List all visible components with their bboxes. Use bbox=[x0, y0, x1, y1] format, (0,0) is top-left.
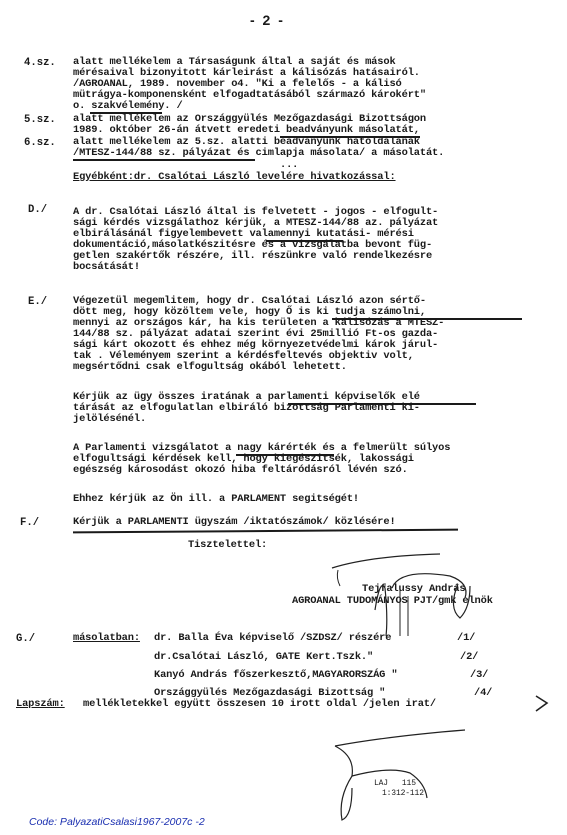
closing-greeting: Tisztelettel: bbox=[188, 540, 267, 551]
item-5-label: 5.sz. bbox=[24, 114, 56, 126]
copy-recipient-1-num: /1/ bbox=[457, 633, 475, 644]
copy-recipient-4-num: /4/ bbox=[474, 688, 492, 699]
item-6-line-2: /MTESZ-144/88 sz. pályázat és cimlapja m… bbox=[73, 148, 444, 159]
section-e-line-1: Végezetül megemlitem, hogy dr. Csalótai … bbox=[73, 296, 426, 307]
item-4-line-2: mérésaival bizonyitott kárleirást a káli… bbox=[73, 68, 420, 79]
copy-recipient-4: Országgyülés Mezőgazdasági Bizottság " bbox=[154, 688, 385, 699]
underline-mtesz-palyazat bbox=[73, 159, 255, 161]
signature bbox=[330, 548, 500, 638]
parlamenti-para-line-1: A Parlamenti vizsgálatot a nagy kárérték… bbox=[73, 443, 450, 454]
underline-section-f bbox=[73, 529, 458, 533]
item-5-line-2: 1989. október 26-án átvett eredeti beadv… bbox=[73, 125, 420, 136]
copies-label: G./ bbox=[16, 633, 35, 645]
item-4-line-5: o. szakvélemény. / bbox=[73, 101, 183, 112]
item-6-label: 6.sz. bbox=[24, 137, 56, 149]
section-d-label: D./ bbox=[28, 204, 47, 216]
section-d-line-4: dokumentáció,másolatkészitésre és a vizs… bbox=[73, 240, 432, 251]
item-4-line-4: mütrágya-komponensként elfogadtatásából … bbox=[73, 90, 426, 101]
stamp-line-2: 1:312-112 bbox=[382, 789, 424, 800]
footer-code: Code: PalyazatiCsalasi1967-2007c -2 bbox=[29, 816, 205, 828]
section-f-line: Kérjük a PARLAMENTI ügyszám /iktatószámo… bbox=[73, 517, 396, 528]
lapszam-text: mellékletekkel együtt összesen 10 irott … bbox=[83, 699, 436, 710]
item-4-line-3: /AGROANAL, 1989. november o4. "Ki a fele… bbox=[73, 79, 402, 90]
copy-recipient-3: Kanyó András főszerkesztő,MAGYARORSZÁG " bbox=[154, 670, 397, 681]
section-e-line-7: megsértődni csak elfogultság okából lehe… bbox=[73, 362, 347, 373]
copies-heading: másolatban: bbox=[73, 633, 140, 644]
kerjuk-para-line-3: jelölésénél. bbox=[73, 414, 146, 425]
underline-o-is-ki-tudja bbox=[332, 318, 522, 320]
stamp-line-1: LAJ 115 bbox=[374, 779, 416, 790]
section-d-line-1: A dr. Csalótai László által is felvetett… bbox=[73, 207, 438, 218]
section-e-line-4: 144/88 sz. pályázat adatai szerint évi 2… bbox=[73, 329, 438, 340]
section-e-line-2: dött meg, hogy közöltem vele, hogy Ő is … bbox=[73, 307, 426, 318]
parlamenti-para-line-2: elfogultsági kérdések kell, hogy kiegész… bbox=[73, 454, 414, 465]
item-6-line-1: alatt mellékelem az 5.sz. alatti beadván… bbox=[73, 137, 420, 148]
section-d-line-5: getlen szakértők részére, ill. részünkre… bbox=[73, 251, 432, 262]
section-d-line-3: elbirálásánál figyelembevett valamennyi … bbox=[73, 229, 414, 240]
section-e-line-5: sági kárt okozott és ehhez még környezet… bbox=[73, 340, 438, 351]
ellipsis-mark: ... bbox=[280, 160, 298, 171]
item-5-line-1: alatt mellékelem az Országgyülés Mezőgaz… bbox=[73, 114, 426, 125]
egyebkent-heading: Egyébként:dr. Csalótai László levelére h… bbox=[73, 172, 396, 183]
section-f-label: F./ bbox=[20, 517, 39, 529]
item-4-label: 4.sz. bbox=[24, 57, 56, 69]
kerjuk-para-line-2: tárását az elfogulatlan elbiráló bizotts… bbox=[73, 403, 420, 414]
section-e-line-6: tak . Véleményem szerint a kérdésfeltevé… bbox=[73, 351, 414, 362]
copy-recipient-3-num: /3/ bbox=[470, 670, 488, 681]
page-number: - 2 - bbox=[250, 12, 285, 28]
section-e-label: E./ bbox=[28, 296, 47, 308]
copy-recipient-2-num: /2/ bbox=[460, 652, 478, 663]
copy-recipient-2: dr.Csalótai László, GATE Kert.Tszk." bbox=[154, 652, 373, 663]
stamp-scribble bbox=[330, 728, 470, 823]
lapszam-label: Lapszám: bbox=[16, 699, 65, 710]
section-e-line-3: mennyi az országos kár, ha kis területen… bbox=[73, 318, 444, 329]
item-4-line-1: alatt mellékelem a Társaságunk által a s… bbox=[73, 57, 396, 68]
kerjuk-para-line-1: Kérjük az ügy összes iratának a parlamen… bbox=[73, 392, 420, 403]
parlamenti-para-line-3: egészség károsodást okozó hiba feltáródá… bbox=[73, 465, 408, 476]
section-d-line-2: sági kérdés vizsgálathoz kérjük, a MTESZ… bbox=[73, 218, 438, 229]
underline-valamennyi bbox=[266, 240, 343, 242]
underline-parlamenti-kepviselok bbox=[288, 403, 476, 405]
ehhez-line: Ehhez kérjük az Ön ill. a PARLAMENT segi… bbox=[73, 494, 359, 505]
copy-recipient-1: dr. Balla Éva képviselő /SZDSZ/ részére bbox=[154, 633, 391, 644]
section-d-line-6: bocsátását! bbox=[73, 262, 140, 273]
arrow-mark-icon bbox=[534, 694, 550, 714]
underline-nagy-karertek bbox=[236, 454, 334, 456]
